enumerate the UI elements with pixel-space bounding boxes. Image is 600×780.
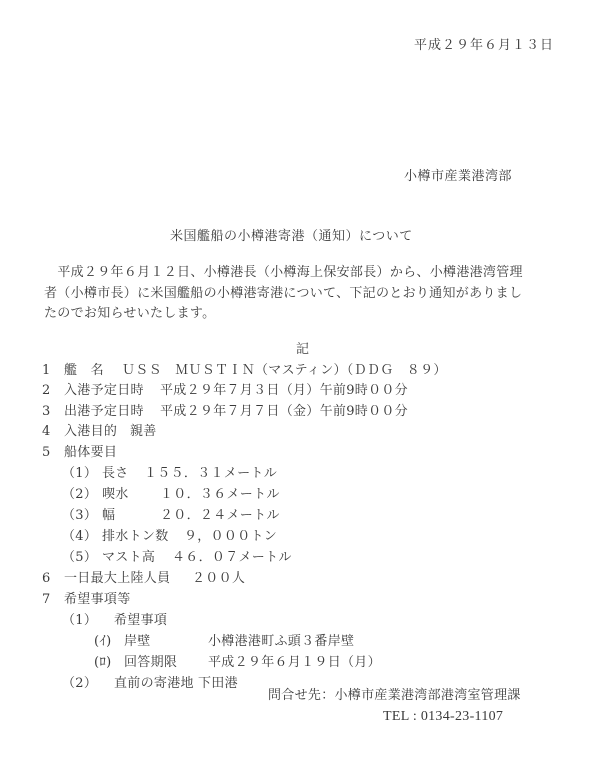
hull-draft: （2）喫水１０．３６メートル [62, 487, 280, 503]
hull-beam: （3）幅２０．２４メートル [62, 508, 280, 524]
request-sub1: （1）希望事項 [62, 613, 167, 629]
contact-info: 問合せ先：小樽市産業港湾部港湾室管理課 [268, 688, 521, 704]
hull-mast-height: （5）マスト高４６．０７メートル [62, 550, 292, 566]
request-berth: (ｲ)岸壁小樽港港町ふ頭３番岸壁 [94, 634, 354, 650]
ki-heading: 記 [296, 342, 309, 358]
request-previous-port: （2）直前の寄港地下田港 [62, 676, 238, 692]
list-item-purpose: 4入港目的親善 [42, 424, 157, 440]
list-item-arrival: 2入港予定日時平成２９年７月３日（月）午前9時００分 [42, 383, 408, 399]
list-item-max-landing: 6一日最大上陸人員２００人 [42, 571, 245, 587]
list-item-requests: 7希望事項等 [42, 592, 131, 608]
list-item-ship-name: 1艦 名ＵＳＳ ＭＵＳＴＩＮ（マスティン）（ＤＤＧ ８９） [42, 363, 447, 379]
hull-displacement: （4）排水トン数９，０００トン [62, 529, 277, 545]
issuing-department: 小樽市産業港湾部 [404, 169, 512, 185]
list-item-departure: 3出港予定日時平成２９年７月７日（金）午前9時００分 [42, 404, 408, 420]
hull-length: （1）長さ１５５．３１メートル [62, 466, 277, 482]
list-item-hull: 5船体要目 [42, 445, 117, 461]
document-title: 米国艦船の小樽港寄港（通知）について [170, 229, 413, 245]
body-line: 平成２９年６月１２日、小樽港長（小樽海上保安部長）から、小樽港港湾管理 [44, 263, 574, 284]
request-deadline: (ﾛ)回答期限平成２９年６月１９日（月） [94, 655, 381, 671]
document-body: 平成２９年６月１２日、小樽港長（小樽海上保安部長）から、小樽港港湾管理 者（小樽… [44, 263, 574, 325]
body-line: 者（小樽市長）に米国艦船の小樽港寄港について、下記のとおり通知がありまし [44, 284, 574, 305]
contact-phone: TEL : 0134-23-1107 [383, 709, 503, 725]
body-line: たのでお知らせいたします。 [44, 304, 574, 325]
document-date: 平成２９年６月１３日 [414, 38, 554, 54]
